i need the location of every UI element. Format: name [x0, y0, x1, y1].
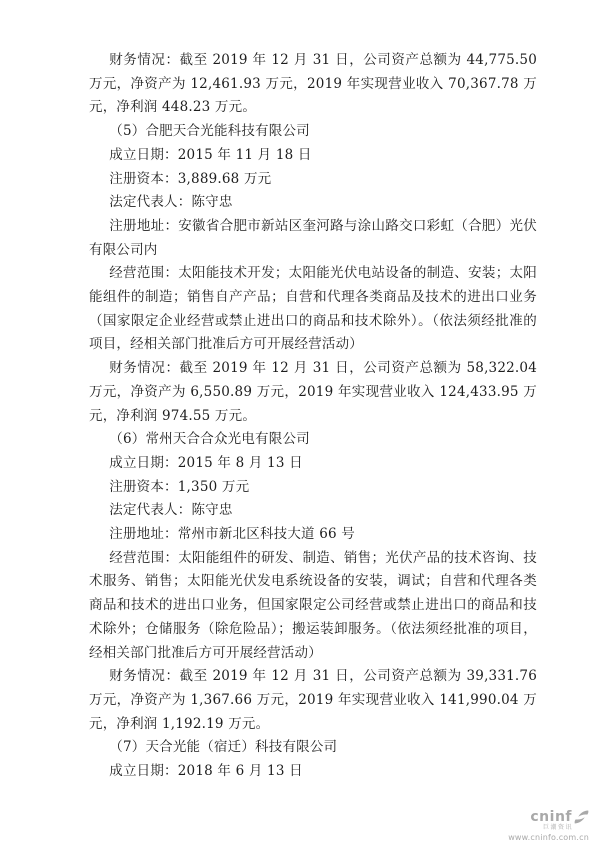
cninfo-watermark: cninf 巨潮资讯 www.cninfo.com.cn: [508, 810, 589, 842]
paragraph: 注册地址：安徽省合肥市新站区奎河路与涂山路交口彩虹（合肥）光伏有限公司内: [89, 215, 537, 262]
paragraph: 经营范围：太阳能技术开发；太阳能光伏电站设备的制造、安装；太阳能组件的制造；销售…: [89, 262, 537, 357]
cninfo-caption: 巨潮资讯: [508, 825, 589, 831]
section-heading: （7）天合光能（宿迁）科技有限公司: [89, 736, 537, 760]
paragraph: 成立日期：2015 年 8 月 13 日: [89, 452, 537, 476]
document-page: 财务情况：截至 2019 年 12 月 31 日，公司资产总额为 44,775.…: [0, 0, 600, 848]
paragraph: 财务情况：截至 2019 年 12 月 31 日，公司资产总额为 58,322.…: [89, 357, 537, 428]
section-heading: （6）常州天合合众光电有限公司: [89, 428, 537, 452]
paragraph: 成立日期：2015 年 11 月 18 日: [89, 144, 537, 168]
paragraph: 注册地址：常州市新北区科技大道 66 号: [89, 523, 537, 547]
paragraph: 成立日期：2018 年 6 月 13 日: [89, 760, 537, 784]
paragraph: 财务情况：截至 2019 年 12 月 31 日，公司资产总额为 44,775.…: [89, 49, 537, 120]
paragraph: 法定代表人：陈守忠: [89, 499, 537, 523]
document-text: 财务情况：截至 2019 年 12 月 31 日，公司资产总额为 44,775.…: [89, 49, 537, 784]
cninfo-url: www.cninfo.com.cn: [508, 834, 589, 842]
paragraph: 财务情况：截至 2019 年 12 月 31 日，公司资产总额为 39,331.…: [89, 665, 537, 736]
section-heading: （5）合肥天合光能科技有限公司: [89, 120, 537, 144]
paragraph: 法定代表人：陈守忠: [89, 191, 537, 215]
paragraph: 经营范围：太阳能组件的研发、制造、销售；光伏产品的技术咨询、技术服务、销售；太阳…: [89, 547, 537, 666]
paragraph: 注册资本：1,350 万元: [89, 476, 537, 500]
cninfo-logo: cninf: [508, 810, 589, 824]
paragraph: 注册资本：3,889.68 万元: [89, 168, 537, 192]
cninfo-logo-text: cninf: [530, 810, 572, 824]
cninfo-swirl-icon: [574, 810, 589, 824]
